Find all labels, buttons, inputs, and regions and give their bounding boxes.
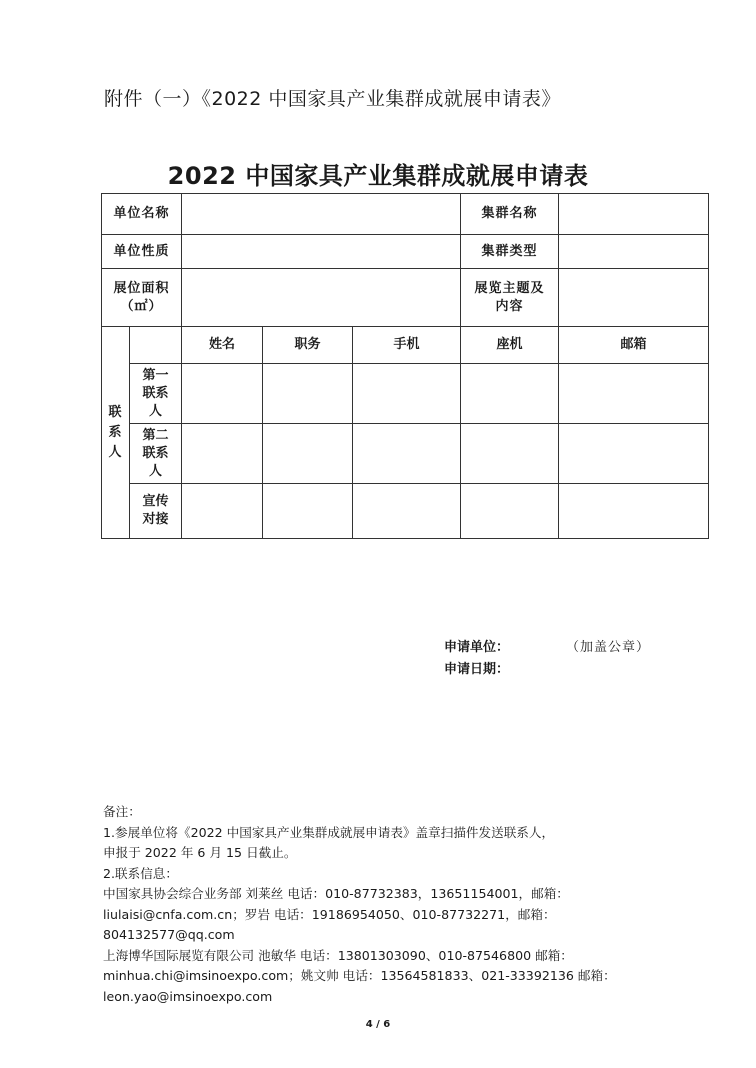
contact-header-blank	[130, 327, 182, 364]
first-contact-landline-field[interactable]	[461, 364, 559, 424]
document-title: 2022 中国家具产业集群成就展申请表	[0, 156, 756, 191]
cluster-type-field[interactable]	[559, 235, 709, 269]
unit-name-label: 单位名称	[102, 194, 182, 235]
first-contact-email-field[interactable]	[559, 364, 709, 424]
notes-line: 1.参展单位将《2022 中国家具产业集群成就展申请表》盖章扫描件发送联系人，	[103, 823, 616, 844]
publicity-contact-email-field[interactable]	[559, 484, 709, 539]
second-contact-name-field[interactable]	[182, 424, 263, 484]
second-contact-landline-field[interactable]	[461, 424, 559, 484]
notes-line: liulaisi@cnfa.com.cn；罗岩 电话：19186954050、0…	[103, 905, 616, 926]
cluster-name-label: 集群名称	[461, 194, 559, 235]
table-row: 第一 联系 人	[102, 364, 709, 424]
application-form-table: 单位名称 集群名称 单位性质 集群类型 展位面积 （㎡） 展览主题及 内容 联 …	[101, 193, 709, 539]
publicity-contact-mobile-field[interactable]	[353, 484, 461, 539]
exhibition-theme-field[interactable]	[559, 269, 709, 327]
seal-note: （加盖公章）	[566, 637, 650, 659]
cluster-name-field[interactable]	[559, 194, 709, 235]
table-row: 宣传 对接	[102, 484, 709, 539]
second-contact-position-field[interactable]	[263, 424, 353, 484]
exhibition-theme-label: 展览主题及 内容	[461, 269, 559, 327]
booth-area-label: 展位面积 （㎡）	[102, 269, 182, 327]
exhibition-theme-label-line2: 内容	[461, 298, 558, 316]
unit-name-field[interactable]	[182, 194, 461, 235]
booth-area-label-line2: （㎡）	[102, 298, 181, 316]
page-number: 4 / 6	[0, 1019, 756, 1030]
notes-line: 中国家具协会综合业务部 刘莱丝 电话：010-87732383，13651154…	[103, 884, 616, 905]
applicant-unit-label: 申请单位：	[444, 637, 509, 659]
table-row: 第二 联系 人	[102, 424, 709, 484]
notes-section: 备注：1.参展单位将《2022 中国家具产业集群成就展申请表》盖章扫描件发送联系…	[103, 802, 616, 1007]
contact-section-label: 联 系 人	[102, 327, 130, 539]
cluster-type-label: 集群类型	[461, 235, 559, 269]
publicity-contact-position-field[interactable]	[263, 484, 353, 539]
applicant-signature-block: 申请单位： 申请日期： （加盖公章）	[444, 637, 509, 681]
publicity-contact-landline-field[interactable]	[461, 484, 559, 539]
notes-line: 2.联系信息：	[103, 864, 616, 885]
first-contact-position-field[interactable]	[263, 364, 353, 424]
second-contact-email-field[interactable]	[559, 424, 709, 484]
col-header-name: 姓名	[182, 327, 263, 364]
notes-line: minhua.chi@imsinoexpo.com；姚文帅 电话：1356458…	[103, 966, 616, 987]
booth-area-field[interactable]	[182, 269, 461, 327]
notes-line: 上海博华国际展览有限公司 池敏华 电话：13801303090、010-8754…	[103, 946, 616, 967]
booth-area-label-line1: 展位面积	[102, 280, 181, 298]
col-header-landline: 座机	[461, 327, 559, 364]
second-contact-mobile-field[interactable]	[353, 424, 461, 484]
publicity-contact-name-field[interactable]	[182, 484, 263, 539]
first-contact-name-field[interactable]	[182, 364, 263, 424]
unit-nature-label: 单位性质	[102, 235, 182, 269]
col-header-email: 邮箱	[559, 327, 709, 364]
second-contact-label: 第二 联系 人	[130, 424, 182, 484]
first-contact-label: 第一 联系 人	[130, 364, 182, 424]
col-header-mobile: 手机	[353, 327, 461, 364]
attachment-title: 附件（一）《2022 中国家具产业集群成就展申请表》	[104, 84, 561, 111]
publicity-contact-label: 宣传 对接	[130, 484, 182, 539]
notes-line: 804132577@qq.com	[103, 925, 616, 946]
first-contact-mobile-field[interactable]	[353, 364, 461, 424]
notes-line: 申报于 2022 年 6 月 15 日截止。	[103, 843, 616, 864]
notes-heading: 备注：	[103, 802, 616, 823]
exhibition-theme-label-line1: 展览主题及	[461, 280, 558, 298]
application-date-label: 申请日期：	[444, 659, 509, 681]
unit-nature-field[interactable]	[182, 235, 461, 269]
notes-line: leon.yao@imsinoexpo.com	[103, 987, 616, 1008]
col-header-position: 职务	[263, 327, 353, 364]
